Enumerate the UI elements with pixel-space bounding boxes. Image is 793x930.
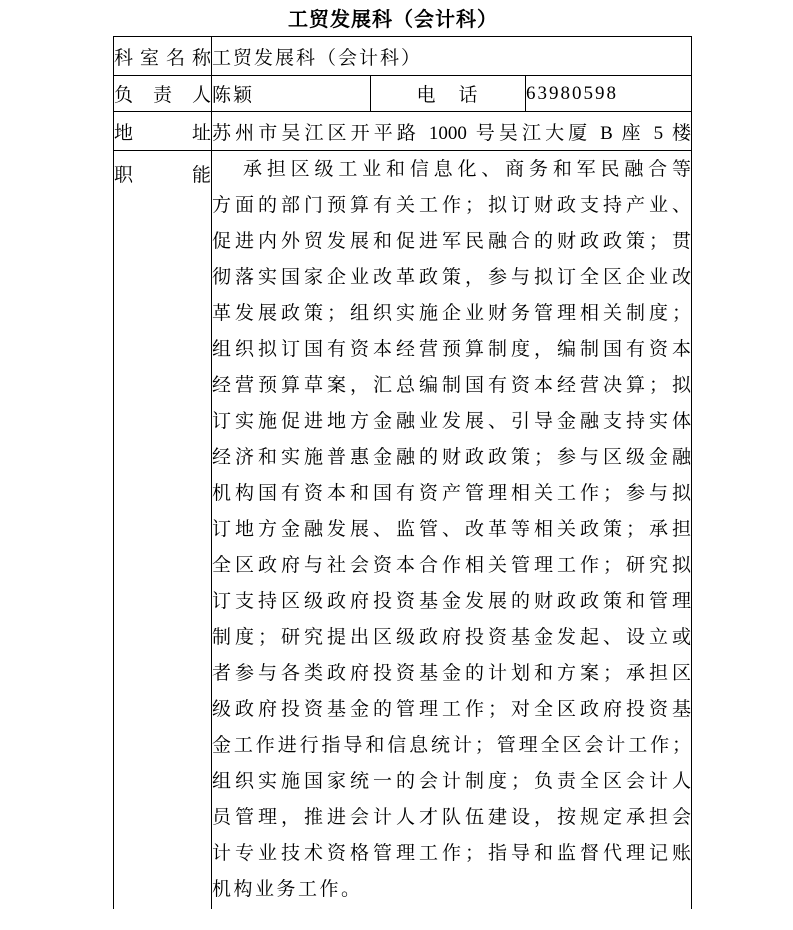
row-functions: 职能 承担区级工业和信息化、商务和军民融合等方面的部门预算有关工作；拟订财政支持… [114,151,692,909]
functions-line: 承担区级工业和信息化、商务和军民融合等 [212,152,691,188]
address-value: 苏州市吴江区开平路 1000 号吴江大厦 B 座 5 楼 [212,112,692,151]
functions-line: 订支持区级政府投资基金发展的财政政策和管理 [212,584,691,620]
info-table: 科室名称 工贸发展科（会计科） 负责人 陈颖 电 话 63980598 地址 苏… [113,36,692,909]
address-label: 地址 [114,118,211,145]
functions-line: 制度；研究提出区级政府投资基金发起、设立或 [212,620,691,656]
phone-label: 电 话 [371,76,526,112]
functions-line: 组织实施国家统一的会计制度；负责全区会计人 [212,764,691,800]
row-head-and-phone: 负责人 陈颖 电 话 63980598 [114,76,692,112]
functions-line: 金工作进行指导和信息统计；管理全区会计工作； [212,728,691,764]
functions-line: 方面的部门预算有关工作；拟订财政支持产业、 [212,188,691,224]
functions-line: 组织拟订国有资本经营预算制度，编制国有资本 [212,332,691,368]
head-value: 陈颖 [212,76,371,112]
head-label: 负责人 [114,80,211,107]
functions-line: 革发展政策；组织实施企业财务管理相关制度； [212,296,691,332]
head-label-cell: 负责人 [114,76,212,112]
department-name-label-cell: 科室名称 [114,37,212,76]
functions-value-cell: 承担区级工业和信息化、商务和军民融合等方面的部门预算有关工作；拟订财政支持产业、… [212,151,692,909]
department-name-label: 科室名称 [114,43,211,70]
functions-line: 全区政府与社会资本合作相关管理工作；研究拟 [212,548,691,584]
functions-line: 订实施促进地方金融业发展、引导金融支持实体 [212,404,691,440]
functions-text: 承担区级工业和信息化、商务和军民融合等方面的部门预算有关工作；拟订财政支持产业、… [212,152,691,908]
functions-label-cell: 职能 [114,151,212,909]
functions-label: 职能 [114,160,211,187]
functions-line: 经济和实施普惠金融的财政政策；参与区级金融 [212,440,691,476]
functions-line: 机构业务工作。 [212,872,691,908]
functions-line: 计专业技术资格管理工作；指导和监督代理记账 [212,836,691,872]
functions-line: 彻落实国家企业改革政策，参与拟订全区企业改 [212,260,691,296]
functions-line: 订地方金融发展、监管、改革等相关政策；承担 [212,512,691,548]
functions-line: 级政府投资基金的管理工作；对全区政府投资基 [212,692,691,728]
functions-line: 机构国有资本和国有资产管理相关工作；参与拟 [212,476,691,512]
department-name-value: 工贸发展科（会计科） [212,37,692,76]
functions-line: 者参与各类政府投资基金的计划和方案；承担区 [212,656,691,692]
document-page: 工贸发展科（会计科） 科室名称 工贸发展科（会计科） 负责人 陈颖 电 话 63… [0,0,793,930]
phone-value: 63980598 [526,76,692,112]
row-address: 地址 苏州市吴江区开平路 1000 号吴江大厦 B 座 5 楼 [114,112,692,151]
functions-line: 经营预算草案，汇总编制国有资本经营决算；拟 [212,368,691,404]
functions-line: 员管理，推进会计人才队伍建设，按规定承担会 [212,800,691,836]
document-title: 工贸发展科（会计科） [0,7,786,33]
row-department-name: 科室名称 工贸发展科（会计科） [114,37,692,76]
functions-line: 促进内外贸发展和促进军民融合的财政政策；贯 [212,224,691,260]
address-label-cell: 地址 [114,112,212,151]
